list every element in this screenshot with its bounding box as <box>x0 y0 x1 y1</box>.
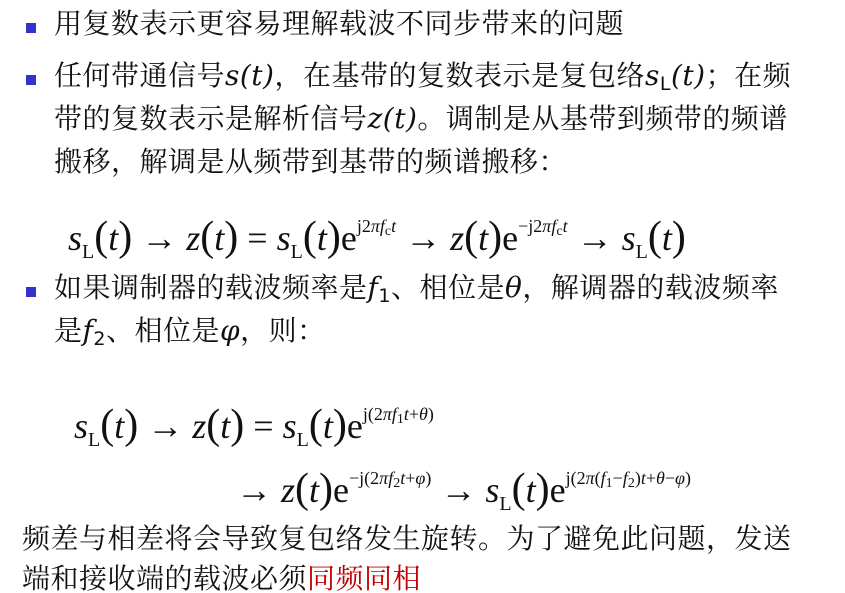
equation-1: sL(t) → z(t) = sL(t)ej2πfct → z(t)e−j2πf… <box>68 204 686 274</box>
bullet-2-line-2: 带的复数表示是解析信号z(t)。调制是从基带到频带的频谱 <box>54 101 788 137</box>
math-f: f <box>83 314 94 347</box>
conclusion-line-1: 频差与相差将会导致复包络发生旋转。为了避免此问题，发送 <box>22 521 792 557</box>
bullet-3-line-2: 是f2、相位是φ，则： <box>54 313 326 357</box>
math-sub-1: 1 <box>378 285 391 307</box>
text: 、相位是 <box>106 314 220 347</box>
text: 任何带通信号 <box>54 59 225 92</box>
math-f: f <box>368 271 379 304</box>
text: 端和接收端的载波必须 <box>22 562 307 593</box>
math-sub-2: 2 <box>93 328 106 350</box>
bullet-marker-3 <box>26 287 36 297</box>
math-sl: s <box>645 59 660 92</box>
equation-2-line-2: → z(t)e−j(2πf2t+φ) → sL(t)ej(2π(f1−f2)t+… <box>236 456 691 526</box>
math-phi: φ <box>220 314 240 347</box>
bullet-2-line-3: 搬移，解调是从频带到基带的频谱搬移： <box>54 144 567 180</box>
math-z-of-t: z(t) <box>368 102 418 135</box>
text: 如果调制器的载波频率是 <box>54 271 368 304</box>
equation-2-line-1: sL(t) → z(t) = sL(t)ej(2πf1t+θ) <box>74 392 434 462</box>
math-theta: θ <box>505 271 522 304</box>
highlight-text: 同频同相 <box>307 562 421 593</box>
bullet-3-line-1: 如果调制器的载波频率是f1、相位是θ，解调器的载波频率 <box>54 270 779 314</box>
text: ，解调器的载波频率 <box>522 271 779 304</box>
conclusion-line-2: 端和接收端的载波必须同频同相 <box>22 561 421 593</box>
math-sub-l: L <box>660 73 671 95</box>
text: 带的复数表示是解析信号 <box>54 102 368 135</box>
text: ，则： <box>240 314 326 347</box>
math-s-of-t: s(t) <box>225 59 274 92</box>
text: ；在频 <box>706 59 792 92</box>
text: 。调制是从基带到频带的频谱 <box>417 102 788 135</box>
text: 是 <box>54 314 83 347</box>
bullet-marker-2 <box>26 75 36 85</box>
bullet-marker-1 <box>26 23 36 33</box>
text: 、相位是 <box>391 271 505 304</box>
math-arg: (t) <box>671 59 706 92</box>
bullet-1-text: 用复数表示更容易理解载波不同步带来的问题 <box>54 6 624 42</box>
text: ，在基带的复数表示是复包络 <box>274 59 645 92</box>
bullet-2-line-1: 任何带通信号s(t)，在基带的复数表示是复包络sL(t)；在频 <box>54 58 791 102</box>
